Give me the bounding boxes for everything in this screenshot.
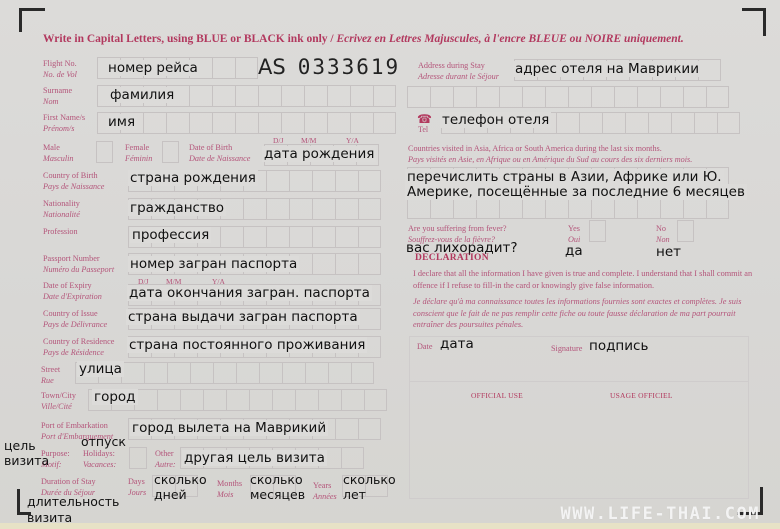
tel-label: Tel (418, 125, 428, 134)
crop-mark-top-left (19, 8, 45, 32)
char-box[interactable] (453, 197, 476, 219)
char-box[interactable] (166, 112, 189, 134)
char-box[interactable] (212, 112, 235, 134)
char-box[interactable] (358, 253, 381, 275)
char-box[interactable] (220, 226, 243, 248)
nationality-annotation: гражданство (128, 200, 226, 216)
holidays-annotation: отпуск (79, 434, 128, 449)
char-box[interactable] (373, 85, 396, 107)
char-box[interactable] (335, 198, 358, 220)
male-checkbox[interactable] (96, 141, 113, 163)
street-annotation: улица (77, 361, 124, 377)
address-input-line2[interactable] (407, 86, 729, 108)
countries-visited-input-line2[interactable] (407, 197, 729, 219)
char-box[interactable] (190, 362, 213, 384)
char-box[interactable] (249, 389, 272, 411)
char-box[interactable] (637, 86, 660, 108)
date-label: Date (417, 342, 432, 353)
char-box[interactable] (499, 197, 522, 219)
flight-annotation: номер рейса (106, 60, 200, 76)
expiry-label: Date of ExpiryDate d'Expiration (43, 281, 102, 302)
char-box[interactable] (358, 308, 381, 330)
port-annotation: город вылета на Маврикий (130, 420, 328, 436)
countries-visited-annotation-1: перечислить страны в Азии, Африке или Ю. (405, 169, 724, 185)
char-box[interactable] (358, 170, 381, 192)
char-box[interactable] (522, 86, 545, 108)
country-issue-label: Country of IssuePays de Délivrance (43, 309, 107, 330)
fever-yes-annotation: да (563, 243, 585, 259)
char-box[interactable] (545, 197, 568, 219)
char-box[interactable] (660, 86, 683, 108)
char-box[interactable] (243, 226, 266, 248)
char-box[interactable] (358, 198, 381, 220)
char-box[interactable] (591, 197, 614, 219)
char-box[interactable] (694, 112, 717, 134)
town-label: Town/CityVille/Cité (41, 391, 76, 412)
years-label: YearsAnnées (313, 481, 337, 502)
country-birth-label: Country of BirthPays de Naissance (43, 171, 104, 192)
tel-annotation: телефон отеля (440, 112, 551, 128)
char-box[interactable] (625, 112, 648, 134)
char-box[interactable] (476, 197, 499, 219)
profession-label: Profession (43, 227, 78, 238)
holidays-label: Holidays:Vacances: (83, 449, 116, 470)
char-box[interactable] (430, 197, 453, 219)
char-box[interactable] (312, 198, 335, 220)
telephone-icon: ☎ (417, 113, 432, 125)
char-box[interactable] (476, 86, 499, 108)
country-issue-annotation: страна выдачи загран паспорта (126, 309, 360, 325)
char-box[interactable] (189, 112, 212, 134)
town-annotation: город (92, 389, 138, 405)
passport-label: Passport NumberNuméro du Passeport (43, 254, 114, 275)
char-box[interactable] (266, 198, 289, 220)
char-box[interactable] (683, 86, 706, 108)
char-box[interactable] (144, 362, 167, 384)
char-box[interactable] (213, 362, 236, 384)
char-box[interactable] (614, 86, 637, 108)
char-box[interactable] (683, 197, 706, 219)
purpose-annotation: цель визита (2, 438, 52, 468)
char-box[interactable] (341, 447, 364, 469)
char-box[interactable] (453, 86, 476, 108)
female-label: FemaleFéminin (125, 143, 152, 164)
char-box[interactable] (289, 198, 312, 220)
instruction-en: Write in Capital Letters, using BLUE or … (43, 33, 334, 45)
char-box[interactable] (335, 170, 358, 192)
char-box[interactable] (312, 170, 335, 192)
months-annotation: сколько месяцев (248, 472, 318, 502)
char-box[interactable] (318, 389, 341, 411)
char-box[interactable] (568, 86, 591, 108)
char-box[interactable] (335, 253, 358, 275)
dob-label: Date of BirthDate de Naissance (189, 143, 250, 164)
instructions-header: Write in Capital Letters, using BLUE or … (43, 33, 763, 45)
char-box[interactable] (335, 418, 358, 440)
country-residence-label: Country of ResidencePays de Résidence (43, 337, 114, 358)
char-box[interactable] (579, 112, 602, 134)
char-box[interactable] (259, 362, 282, 384)
official-use-fr: USAGE OFFICIEL (610, 391, 673, 400)
official-use-en: OFFICIAL USE (471, 391, 523, 400)
char-box[interactable] (235, 112, 258, 134)
surname-annotation: фамилия (108, 87, 176, 103)
char-box[interactable] (706, 86, 729, 108)
char-box[interactable] (614, 197, 637, 219)
signature-annotation: подпись (587, 338, 650, 354)
country-residence-annotation: страна постоянного проживания (127, 337, 367, 353)
declaration-text-en: I declare that all the information I hav… (413, 268, 753, 292)
char-box[interactable] (499, 86, 522, 108)
watermark: WWW.LIFE-THAI.COM (561, 504, 761, 524)
address-label: Address during StayAdresse durant le Séj… (418, 61, 499, 82)
other-purpose-label: OtherAutre: (155, 449, 176, 470)
char-box[interactable] (671, 112, 694, 134)
char-box[interactable] (121, 362, 144, 384)
countries-visited-annotation-2: Америке, посещённые за последние 6 месяц… (405, 184, 747, 200)
expiry-annotation: дата окончания загран. паспорта (127, 285, 372, 301)
char-box[interactable] (522, 197, 545, 219)
char-box[interactable] (350, 112, 373, 134)
duration-annotation: длительность визита (25, 494, 125, 526)
days-annotation: сколько дней (152, 472, 212, 502)
male-label: MaleMasculin (43, 143, 73, 164)
char-box[interactable] (266, 170, 289, 192)
char-box[interactable] (407, 86, 430, 108)
countries-visited-label: Countries visited in Asia, Africa or Sou… (408, 144, 753, 165)
char-box[interactable] (281, 85, 304, 107)
char-box[interactable] (660, 197, 683, 219)
passport-annotation: номер загран паспорта (128, 256, 299, 272)
fever-no-annotation: нет (654, 244, 683, 260)
fever-yes-checkbox[interactable] (589, 220, 606, 242)
official-use-box (409, 381, 749, 499)
char-box[interactable] (698, 59, 721, 81)
declaration-text-fr: Je déclare qu'à ma connaissance toutes l… (413, 296, 753, 331)
other-purpose-annotation: другая цель визита (182, 450, 327, 466)
char-box[interactable] (226, 389, 249, 411)
flight-label: Flight No.No. de Vol (43, 59, 77, 80)
char-box[interactable] (157, 389, 180, 411)
declaration-title: DECLARATION (415, 253, 489, 263)
char-box[interactable] (648, 112, 671, 134)
char-box[interactable] (717, 112, 740, 134)
first-name-annotation: имя (106, 114, 137, 130)
char-box[interactable] (545, 86, 568, 108)
country-birth-annotation: страна рождения (128, 170, 258, 186)
char-box[interactable] (189, 85, 212, 107)
char-box[interactable] (235, 57, 258, 79)
char-box[interactable] (243, 198, 266, 220)
char-box[interactable] (312, 226, 335, 248)
holidays-checkbox[interactable] (129, 447, 147, 469)
char-box[interactable] (430, 86, 453, 108)
months-label: MonthsMois (217, 479, 242, 500)
char-box[interactable] (289, 170, 312, 192)
arrival-card: Write in Capital Letters, using BLUE or … (0, 0, 780, 529)
char-box[interactable] (304, 85, 327, 107)
street-label: StreetRue (41, 365, 60, 386)
char-box[interactable] (556, 112, 579, 134)
serial-number: AS0333619 (258, 55, 400, 79)
dob-annotation: дата рождения (262, 146, 376, 162)
char-box[interactable] (637, 197, 660, 219)
char-box[interactable] (143, 112, 166, 134)
fever-no-label: NoNon (656, 224, 670, 245)
char-box[interactable] (281, 112, 304, 134)
char-box[interactable] (312, 253, 335, 275)
instruction-fr: Ecrivez en Lettres Majuscules, à l'encre… (337, 33, 684, 45)
address-annotation: адрес отеля на Маврикии (513, 61, 701, 77)
char-box[interactable] (258, 85, 281, 107)
char-box[interactable] (364, 389, 387, 411)
char-box[interactable] (327, 85, 350, 107)
char-box[interactable] (180, 389, 203, 411)
char-box[interactable] (304, 112, 327, 134)
first-name-input[interactable] (97, 112, 396, 134)
date-annotation: дата (438, 336, 476, 352)
char-box[interactable] (289, 226, 312, 248)
fever-no-checkbox[interactable] (677, 220, 694, 242)
char-box[interactable] (350, 85, 373, 107)
first-name-label: First Name/sPrénom/s (43, 113, 85, 134)
signature-label: Signature (551, 344, 582, 355)
char-box[interactable] (282, 362, 305, 384)
char-box[interactable] (358, 418, 381, 440)
char-box[interactable] (266, 226, 289, 248)
char-box[interactable] (602, 112, 625, 134)
surname-label: SurnameNom (43, 86, 72, 107)
char-box[interactable] (706, 197, 729, 219)
crop-mark-top-right (742, 8, 766, 36)
char-box[interactable] (407, 197, 430, 219)
years-annotation: сколько лет (341, 472, 401, 502)
char-box[interactable] (212, 57, 235, 79)
char-box[interactable] (328, 362, 351, 384)
nationality-label: NationalityNationalité (43, 199, 80, 220)
female-checkbox[interactable] (162, 141, 179, 163)
fever-yes-label: YesOui (568, 224, 580, 245)
days-label: DaysJours (128, 477, 146, 498)
char-box[interactable] (591, 86, 614, 108)
char-box[interactable] (295, 389, 318, 411)
char-box[interactable] (305, 362, 328, 384)
char-box[interactable] (203, 389, 226, 411)
char-box[interactable] (167, 362, 190, 384)
char-box[interactable] (335, 226, 358, 248)
char-box[interactable] (212, 85, 235, 107)
char-box[interactable] (236, 362, 259, 384)
char-box[interactable] (568, 197, 591, 219)
profession-annotation: профессия (130, 227, 211, 243)
char-box[interactable] (351, 362, 374, 384)
char-box[interactable] (358, 226, 381, 248)
char-box[interactable] (235, 85, 258, 107)
char-box[interactable] (327, 112, 350, 134)
char-box[interactable] (373, 112, 396, 134)
char-box[interactable] (341, 389, 364, 411)
char-box[interactable] (258, 112, 281, 134)
char-box[interactable] (272, 389, 295, 411)
